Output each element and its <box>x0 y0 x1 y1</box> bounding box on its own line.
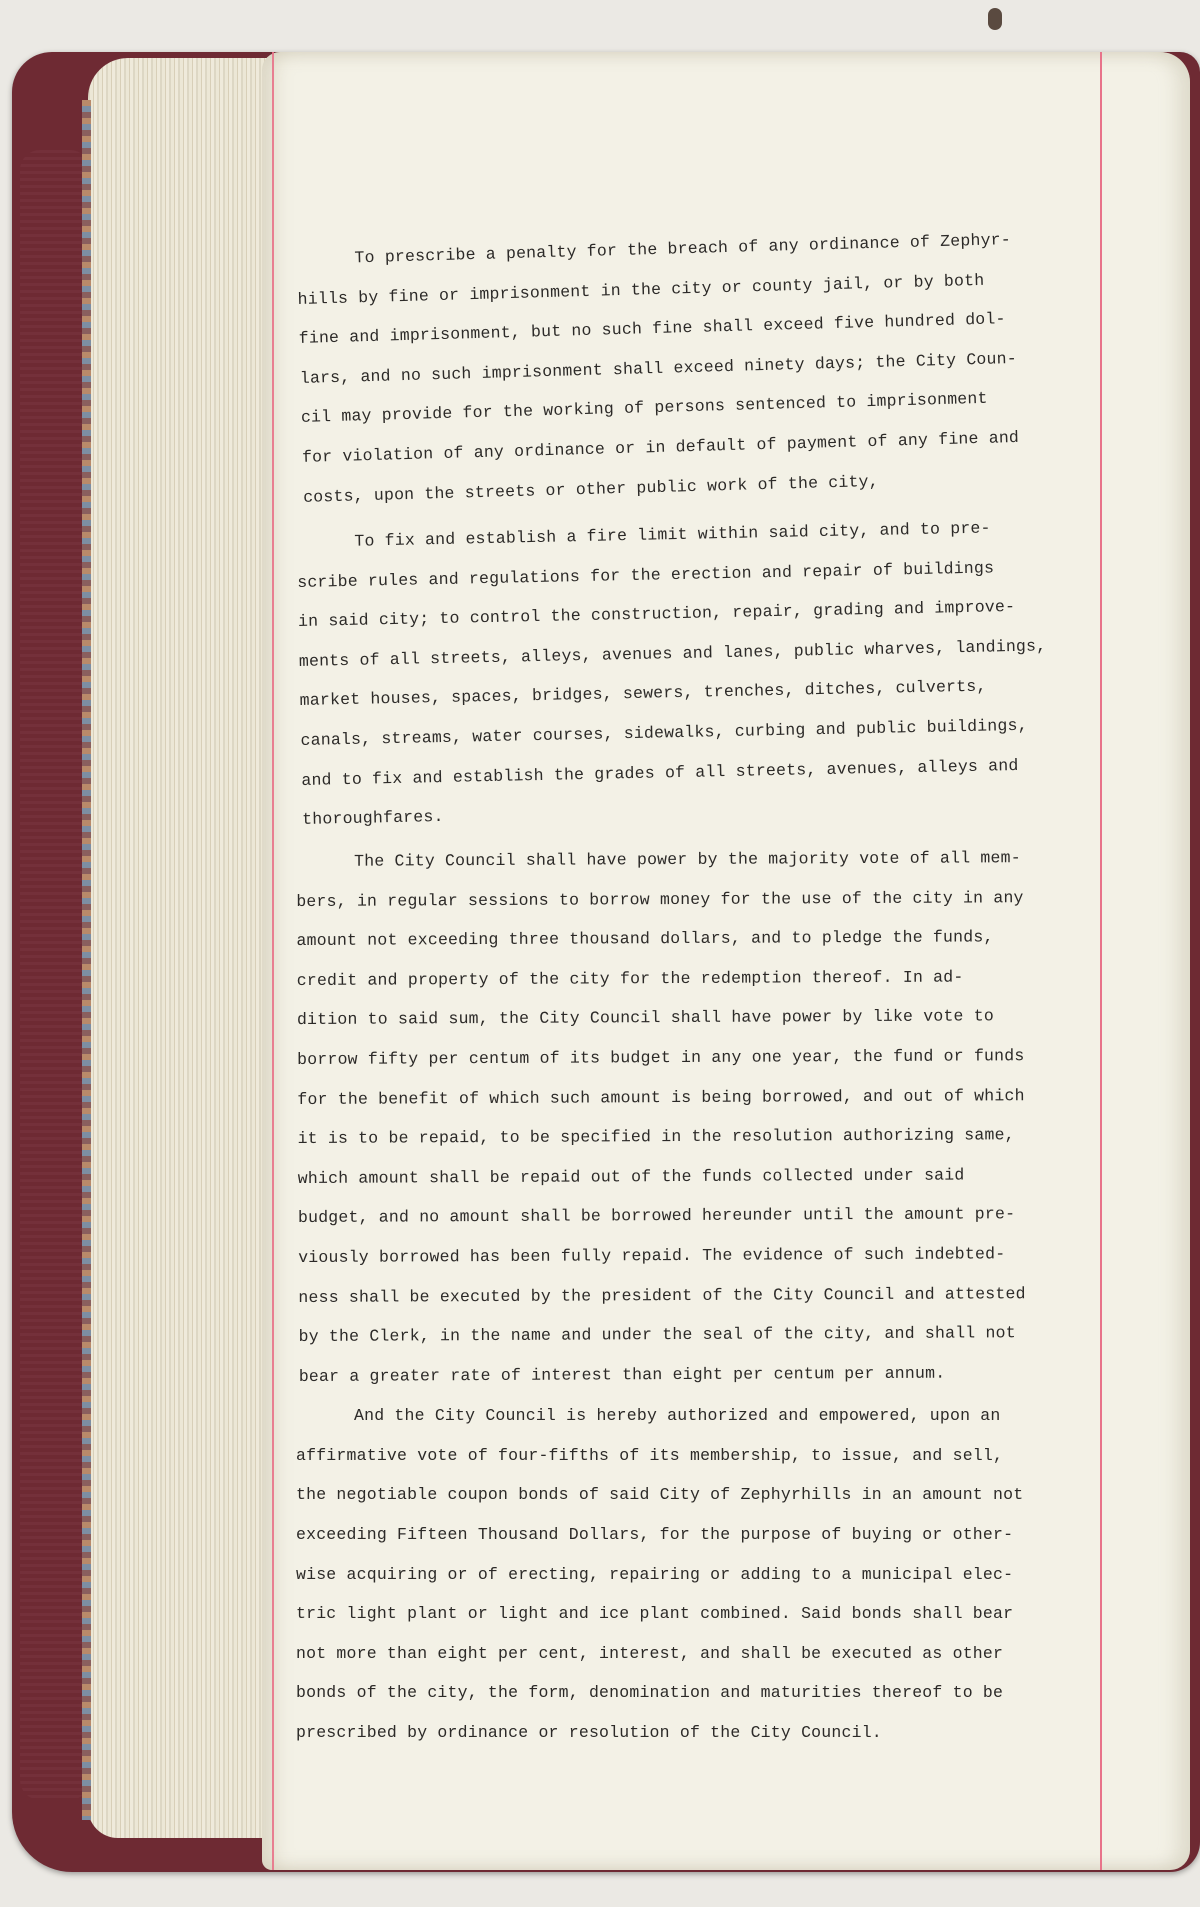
left-margin-rule <box>272 52 274 1870</box>
text-line: it is to be repaid, to be specified in t… <box>297 1115 1097 1159</box>
text-line: bers, in regular sessions to borrow mone… <box>296 877 1096 921</box>
text-line: for the benefit of which such amount is … <box>297 1075 1097 1119</box>
text-line: the negotiable coupon bonds of said City… <box>296 1475 1096 1515</box>
text-line: which amount shall be repaid out of the … <box>298 1154 1098 1198</box>
text-line: dition to said sum, the City Council sha… <box>297 996 1097 1040</box>
text-line: credit and property of the city for the … <box>297 956 1097 1000</box>
text-line: budget, and no amount shall be borrowed … <box>298 1194 1098 1238</box>
text-line: borrow fifty per centum of its budget in… <box>297 1036 1097 1080</box>
paragraph-penalty: To prescribe a penalty for the breach of… <box>296 218 1103 517</box>
paragraph-fire-limit: To fix and establish a fire limit within… <box>296 506 1102 839</box>
text-line: bear a greater rate of interest than eig… <box>299 1352 1099 1396</box>
typed-text-body: To prescribe a penalty for the breach of… <box>296 240 1096 1753</box>
text-line: amount not exceeding three thousand doll… <box>296 917 1096 961</box>
text-line: prescribed by ordinance or resolution of… <box>296 1713 1096 1753</box>
paragraph-bonds: And the City Council is hereby authorize… <box>296 1396 1096 1752</box>
spine-texture <box>20 150 90 1800</box>
text-line: And the City Council is hereby authorize… <box>296 1396 1096 1436</box>
right-margin-rule <box>1100 52 1102 1870</box>
text-line: tric light plant or light and ice plant … <box>296 1594 1096 1634</box>
text-line: viously borrowed has been fully repaid. … <box>298 1234 1098 1278</box>
text-line: by the Clerk, in the name and under the … <box>298 1313 1098 1357</box>
text-line: not more than eight per cent, interest, … <box>296 1634 1096 1674</box>
marbled-endpaper <box>82 100 91 1820</box>
text-line: The City Council shall have power by the… <box>296 838 1096 882</box>
book-clasp <box>988 8 1002 30</box>
text-line: wise acquiring or of erecting, repairing… <box>296 1555 1096 1595</box>
text-line: ness shall be executed by the president … <box>298 1273 1098 1317</box>
page-edges <box>88 58 288 1838</box>
text-line: affirmative vote of four-fifths of its m… <box>296 1436 1096 1476</box>
paragraph-borrowing: The City Council shall have power by the… <box>296 838 1099 1396</box>
text-line: exceeding Fifteen Thousand Dollars, for … <box>296 1515 1096 1555</box>
text-line: bonds of the city, the form, denominatio… <box>296 1673 1096 1713</box>
